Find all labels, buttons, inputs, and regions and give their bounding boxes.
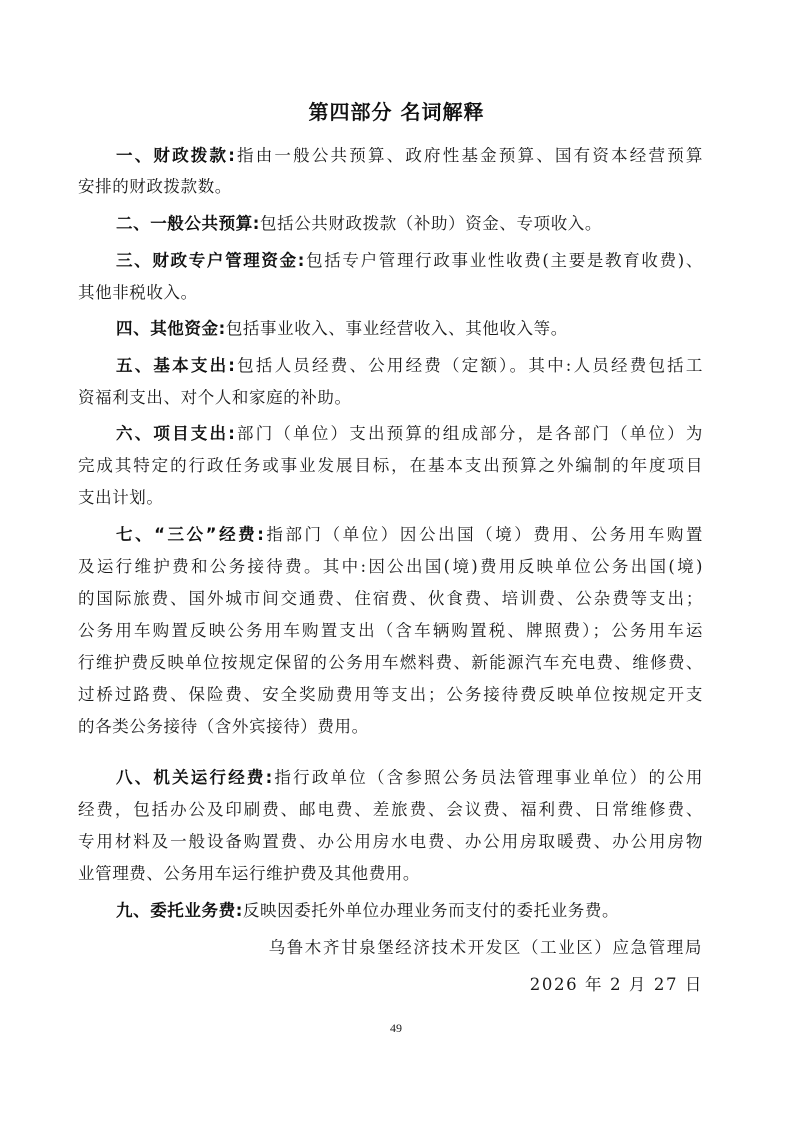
definition-line: 二、一般公共预算:包括公共财政拨款（补助）资金、专项收入。 xyxy=(116,213,703,235)
definition-line: 七、“三公”经费:指部门（单位）因公出国（境）费用、公务用车购置 xyxy=(116,524,703,546)
definition-line: 资福利支出、对个人和家庭的补助。 xyxy=(78,387,703,409)
signature-date: 2026 年 2 月 27 日 xyxy=(530,974,703,996)
definition-line: 专用材料及一般设备购置费、办公用房水电费、办公用房取暖费、办公用房物 xyxy=(78,831,703,853)
definition-line: 五、基本支出:包括人员经费、公用经费（定额）。其中:人员经费包括工 xyxy=(116,355,703,377)
definition-line: 四、其他资金:包括事业收入、事业经营收入、其他收入等。 xyxy=(116,318,703,340)
definition-line: 九、委托业务费:反映因委托外单位办理业务而支付的委托业务费。 xyxy=(116,900,703,922)
definition-line: 完成其特定的行政任务或事业发展目标，在基本支出预算之外编制的年度项目 xyxy=(78,455,703,477)
definition-line: 及运行维护费和公务接待费。其中:因公出国(境)费用反映单位公务出国(境) xyxy=(78,556,703,578)
definition-line: 三、财政专户管理资金:包括专户管理行政事业性收费(主要是教育收费)、 xyxy=(116,250,703,272)
definition-line: 经费，包括办公及印刷费、邮电费、差旅费、会议费、福利费、日常维修费、 xyxy=(78,799,703,821)
definition-line: 的国际旅费、国外城市间交通费、住宿费、伙食费、培训费、公杂费等支出； xyxy=(78,588,703,610)
definition-line: 其他非税收入。 xyxy=(78,282,703,304)
definition-line: 八、机关运行经费:指行政单位（含参照公务员法管理事业单位）的公用 xyxy=(116,767,703,789)
definition-term: 二、一般公共预算: xyxy=(116,214,260,233)
definition-line: 过桥过路费、保险费、安全奖励费用等支出；公务接待费反映单位按规定开支 xyxy=(78,684,703,706)
definition-term: 五、基本支出: xyxy=(116,356,236,375)
definition-term: 七、“三公”经费: xyxy=(116,525,264,544)
definition-line: 的各类公务接待（含外宾接待）费用。 xyxy=(78,716,703,738)
definition-line: 一、财政拨款:指由一般公共预算、政府性基金预算、国有资本经营预算 xyxy=(116,145,703,167)
definition-line: 公务用车购置反映公务用车购置支出（含车辆购置税、牌照费）；公务用车运 xyxy=(78,620,703,642)
page-number: 49 xyxy=(390,1021,402,1036)
definition-term: 一、财政拨款: xyxy=(116,146,235,165)
definition-term: 八、机关运行经费: xyxy=(116,768,273,787)
definition-line: 六、项目支出:部门（单位）支出预算的组成部分，是各部门（单位）为 xyxy=(116,423,703,445)
definition-term: 三、财政专户管理资金: xyxy=(116,251,305,270)
definition-line: 业管理费、公务用车运行维护费及其他费用。 xyxy=(78,863,703,885)
definition-line: 行维护费反映单位按规定保留的公务用车燃料费、新能源汽车充电费、维修费、 xyxy=(78,652,703,674)
definition-line: 支出计划。 xyxy=(78,487,703,509)
page-title: 第四部分 名词解释 xyxy=(0,96,793,125)
definition-term: 六、项目支出: xyxy=(116,424,235,443)
definition-line: 安排的财政拨款数。 xyxy=(78,176,703,198)
definition-term: 四、其他资金: xyxy=(116,319,226,338)
definition-term: 九、委托业务费: xyxy=(116,901,243,920)
signature-organization: 乌鲁木齐甘泉堡经济技术开发区（工业区）应急管理局 xyxy=(269,937,703,959)
